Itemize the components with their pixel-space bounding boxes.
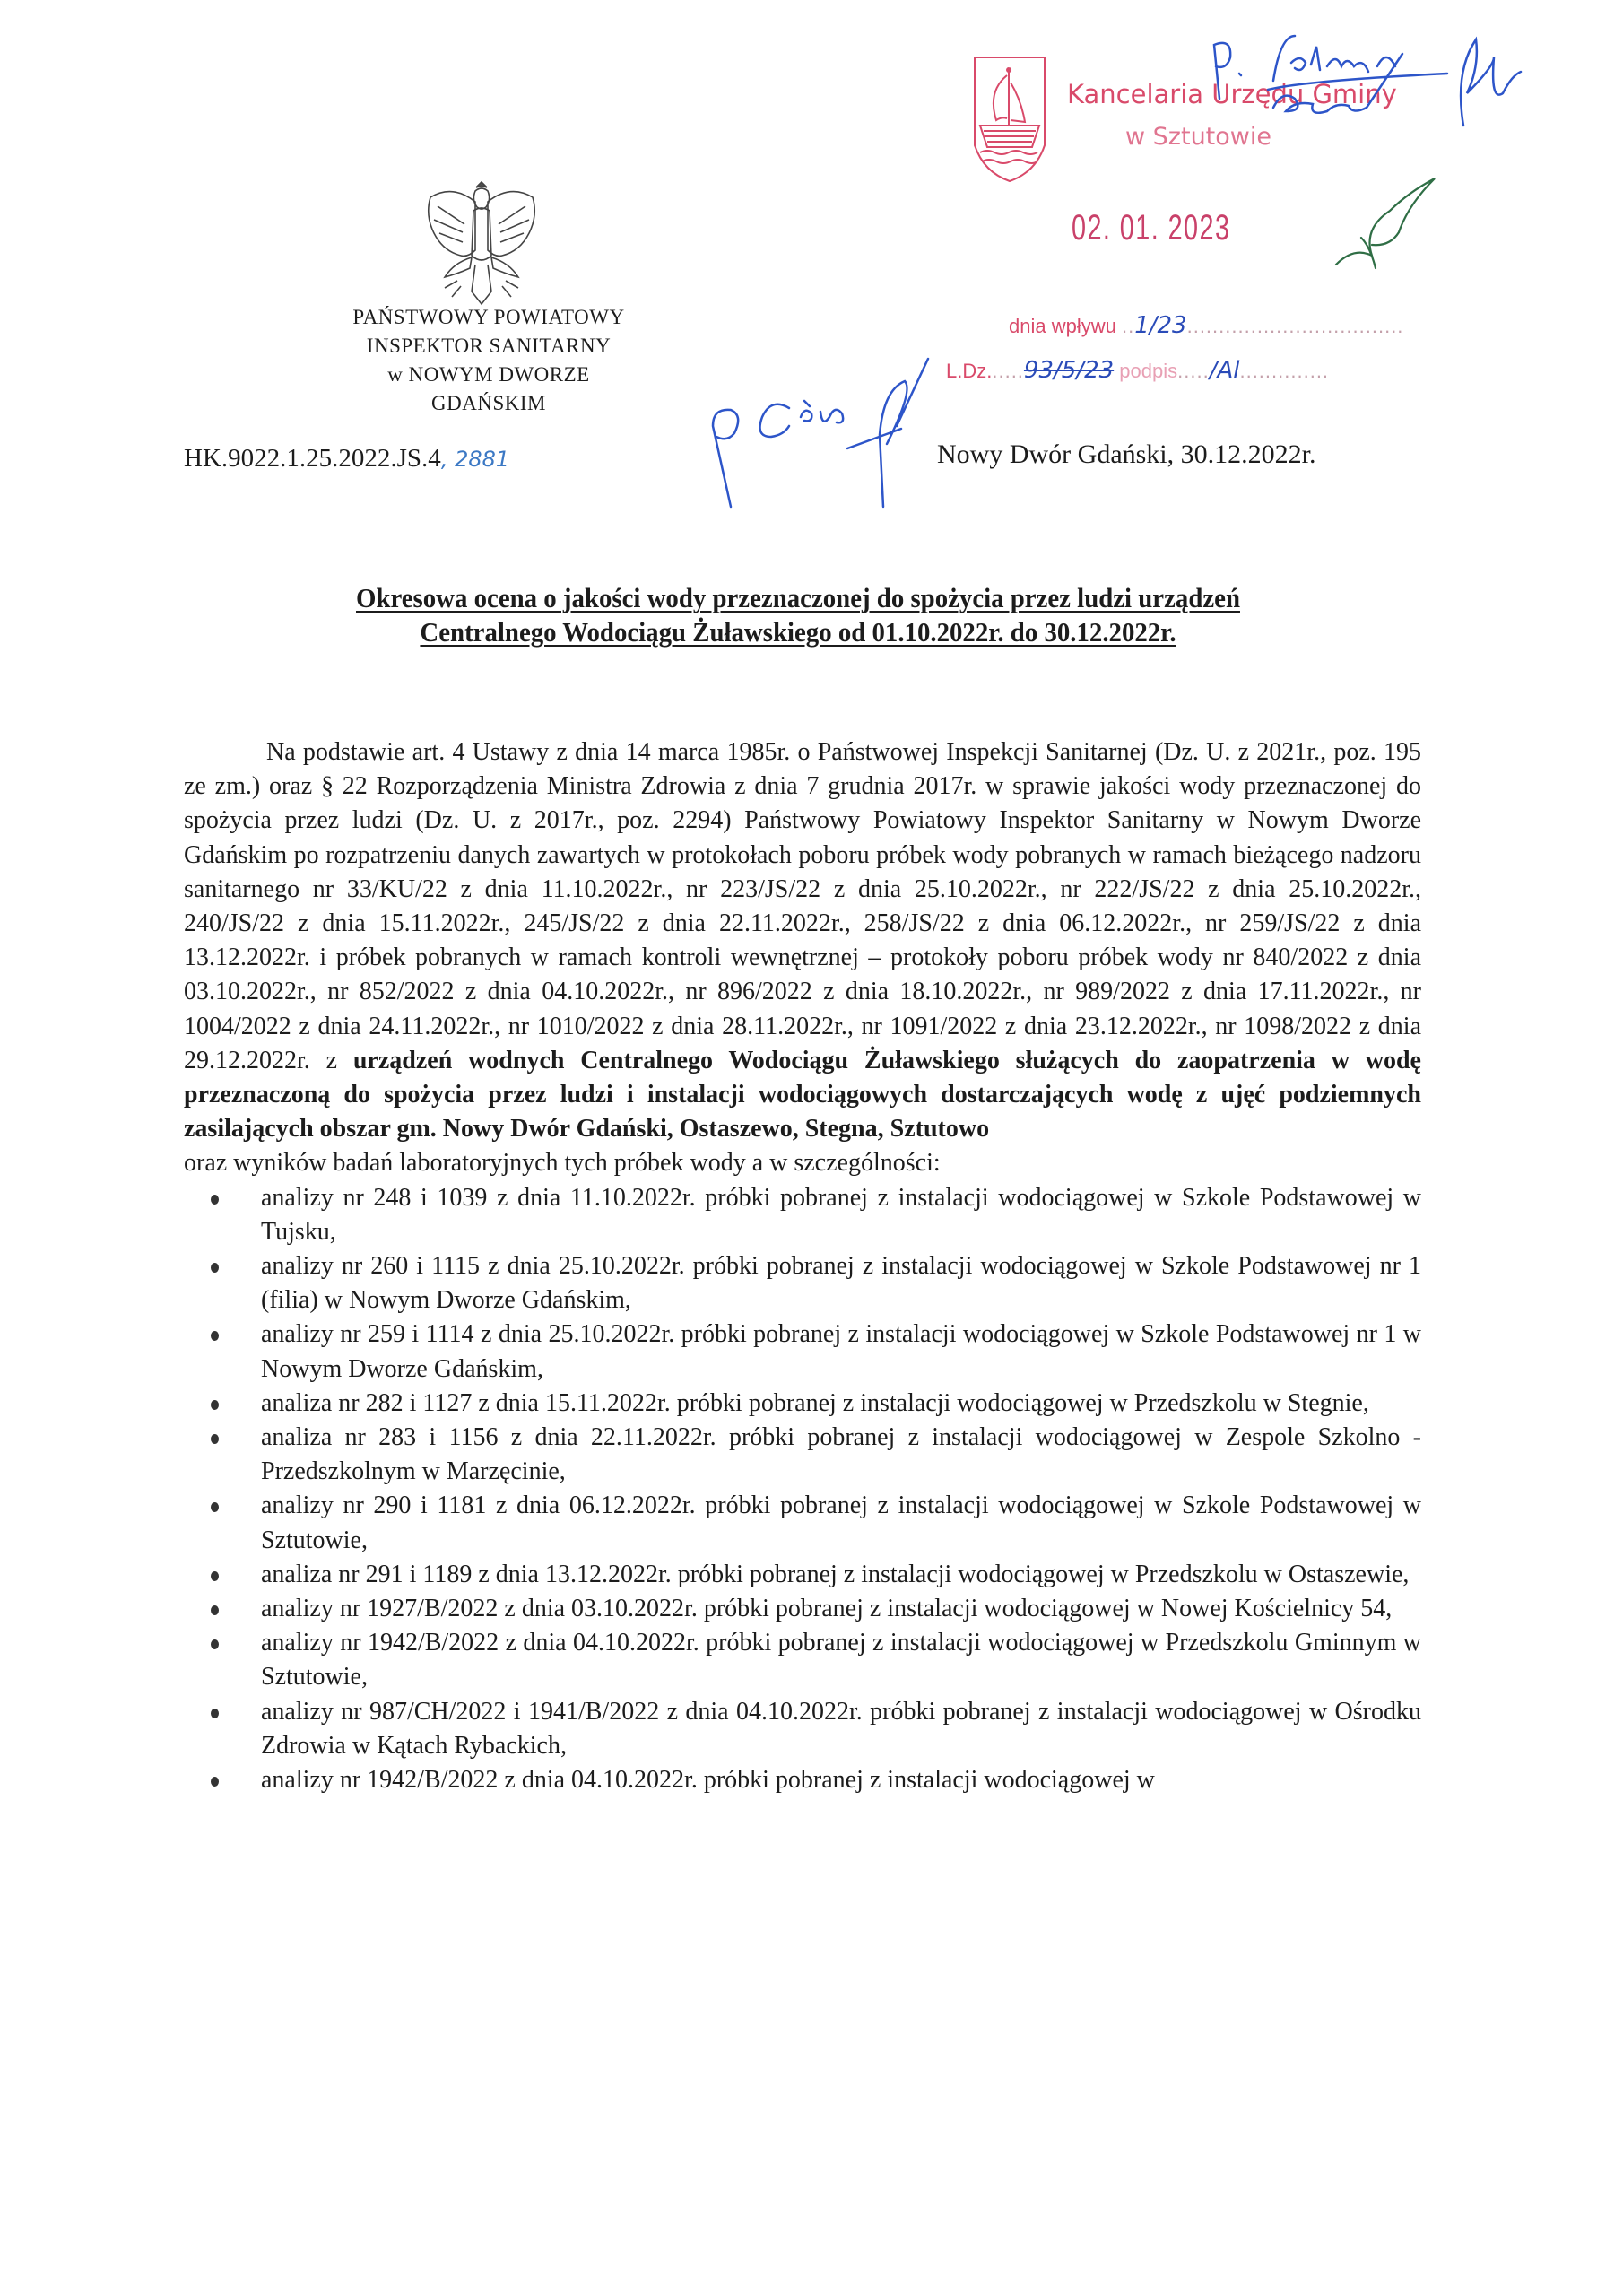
- handwritten-signature: [704, 354, 937, 516]
- institution-line: GDAŃSKIM: [305, 389, 673, 418]
- list-item-text: analiza nr 283 i 1156 z dnia 22.11.2022r…: [261, 1423, 1421, 1485]
- ldz-value: 93/5/23: [1024, 357, 1114, 384]
- analyses-list: analizy nr 248 i 1039 z dnia 11.10.2022r…: [184, 1181, 1421, 1798]
- list-item: analiza nr 282 i 1127 z dnia 15.11.2022r…: [184, 1387, 1421, 1421]
- institution-line: PAŃSTWOWY POWIATOWY: [305, 303, 673, 332]
- list-item-text: analizy nr 1942/B/2022 z dnia 04.10.2022…: [261, 1629, 1421, 1691]
- paragraph-text: Na podstawie art. 4 Ustawy z dnia 14 mar…: [184, 738, 1421, 1074]
- bullet-icon: [211, 1195, 219, 1205]
- list-item-text: analiza nr 282 i 1127 z dnia 15.11.2022r…: [261, 1389, 1369, 1417]
- list-item-text: analizy nr 248 i 1039 z dnia 11.10.2022r…: [261, 1184, 1421, 1246]
- paragraph-bold-text: urządzeń wodnych Centralnego Wodociągu Ż…: [184, 1047, 1421, 1143]
- bullet-icon: [211, 1605, 219, 1615]
- received-label: dnia wpływu: [1009, 315, 1116, 337]
- reference-handwritten: , 2881: [441, 447, 509, 472]
- polish-eagle-emblem-icon: [421, 175, 542, 309]
- ship-coat-of-arms-icon: [973, 56, 1046, 183]
- reference-code: HK.9022.1.25.2022.JS.4: [184, 444, 441, 473]
- bullet-icon: [211, 1639, 219, 1649]
- document-body: Na podstawie art. 4 Ustawy z dnia 14 mar…: [184, 735, 1421, 1797]
- received-date-field: dnia wpływu ..1/23......................…: [1009, 312, 1403, 339]
- bullet-icon: [211, 1263, 219, 1273]
- title-line: Okresowa ocena o jakości wody przeznaczo…: [356, 582, 1240, 613]
- list-item-text: analizy nr 290 i 1181 z dnia 06.12.2022r…: [261, 1492, 1421, 1553]
- document-title: Okresowa ocena o jakości wody przeznaczo…: [206, 581, 1391, 649]
- list-item-text: analiza nr 291 i 1189 z dnia 13.12.2022r…: [261, 1561, 1409, 1588]
- list-item: analizy nr 987/CH/2022 i 1941/B/2022 z d…: [184, 1695, 1421, 1763]
- received-value: 1/23: [1134, 312, 1186, 339]
- list-item-text: analizy nr 987/CH/2022 i 1941/B/2022 z d…: [261, 1698, 1421, 1760]
- bullet-icon: [211, 1434, 219, 1444]
- ldz-label: L.Dz.: [946, 360, 992, 382]
- bullet-icon: [211, 1571, 219, 1581]
- institution-line: w NOWYM DWORZE: [305, 361, 673, 389]
- list-item: analizy nr 1942/B/2022 z dnia 04.10.2022…: [184, 1763, 1421, 1797]
- list-item: analiza nr 291 i 1189 z dnia 13.12.2022r…: [184, 1558, 1421, 1592]
- institution-header: PAŃSTWOWY POWIATOWY INSPEKTOR SANITARNY …: [305, 303, 673, 418]
- stamp-date: 02. 01. 2023: [1072, 208, 1230, 248]
- list-item-text: analizy nr 260 i 1115 z dnia 25.10.2022r…: [261, 1252, 1421, 1314]
- list-item-text: analizy nr 1942/B/2022 z dnia 04.10.2022…: [261, 1766, 1155, 1794]
- list-item: analizy nr 1942/B/2022 z dnia 04.10.2022…: [184, 1626, 1421, 1694]
- reference-number: HK.9022.1.25.2022.JS.4, 2881: [184, 444, 509, 474]
- handwritten-checkmark: [1318, 175, 1444, 283]
- bullet-icon: [211, 1502, 219, 1512]
- list-item: analizy nr 260 i 1115 z dnia 25.10.2022r…: [184, 1249, 1421, 1318]
- main-paragraph: Na podstawie art. 4 Ustawy z dnia 14 mar…: [184, 735, 1421, 1146]
- list-item-text: analizy nr 259 i 1114 z dnia 25.10.2022r…: [261, 1320, 1421, 1382]
- bullet-icon: [211, 1331, 219, 1341]
- institution-line: INSPEKTOR SANITARNY: [305, 332, 673, 361]
- list-item: analizy nr 259 i 1114 z dnia 25.10.2022r…: [184, 1318, 1421, 1386]
- bullet-icon: [211, 1400, 219, 1410]
- signature-label: podpis: [1119, 360, 1177, 382]
- place-and-date: Nowy Dwór Gdański, 30.12.2022r.: [937, 439, 1315, 470]
- list-item: analizy nr 248 i 1039 z dnia 11.10.2022r…: [184, 1181, 1421, 1249]
- analyses-intro: oraz wyników badań laboratoryjnych tych …: [184, 1146, 1421, 1180]
- title-line: Centralnego Wodociągu Żuławskiego od 01.…: [420, 616, 1176, 648]
- bullet-icon: [211, 1709, 219, 1718]
- ldz-field: L.Dz......93/5/23 podpis...../Al........…: [946, 357, 1329, 384]
- bullet-icon: [211, 1777, 219, 1787]
- list-item: analiza nr 283 i 1156 z dnia 22.11.2022r…: [184, 1421, 1421, 1489]
- handwritten-note: [1202, 18, 1596, 152]
- list-item: analizy nr 1927/B/2022 z dnia 03.10.2022…: [184, 1592, 1421, 1626]
- list-item: analizy nr 290 i 1181 z dnia 06.12.2022r…: [184, 1489, 1421, 1557]
- list-item-text: analizy nr 1927/B/2022 z dnia 03.10.2022…: [261, 1595, 1392, 1622]
